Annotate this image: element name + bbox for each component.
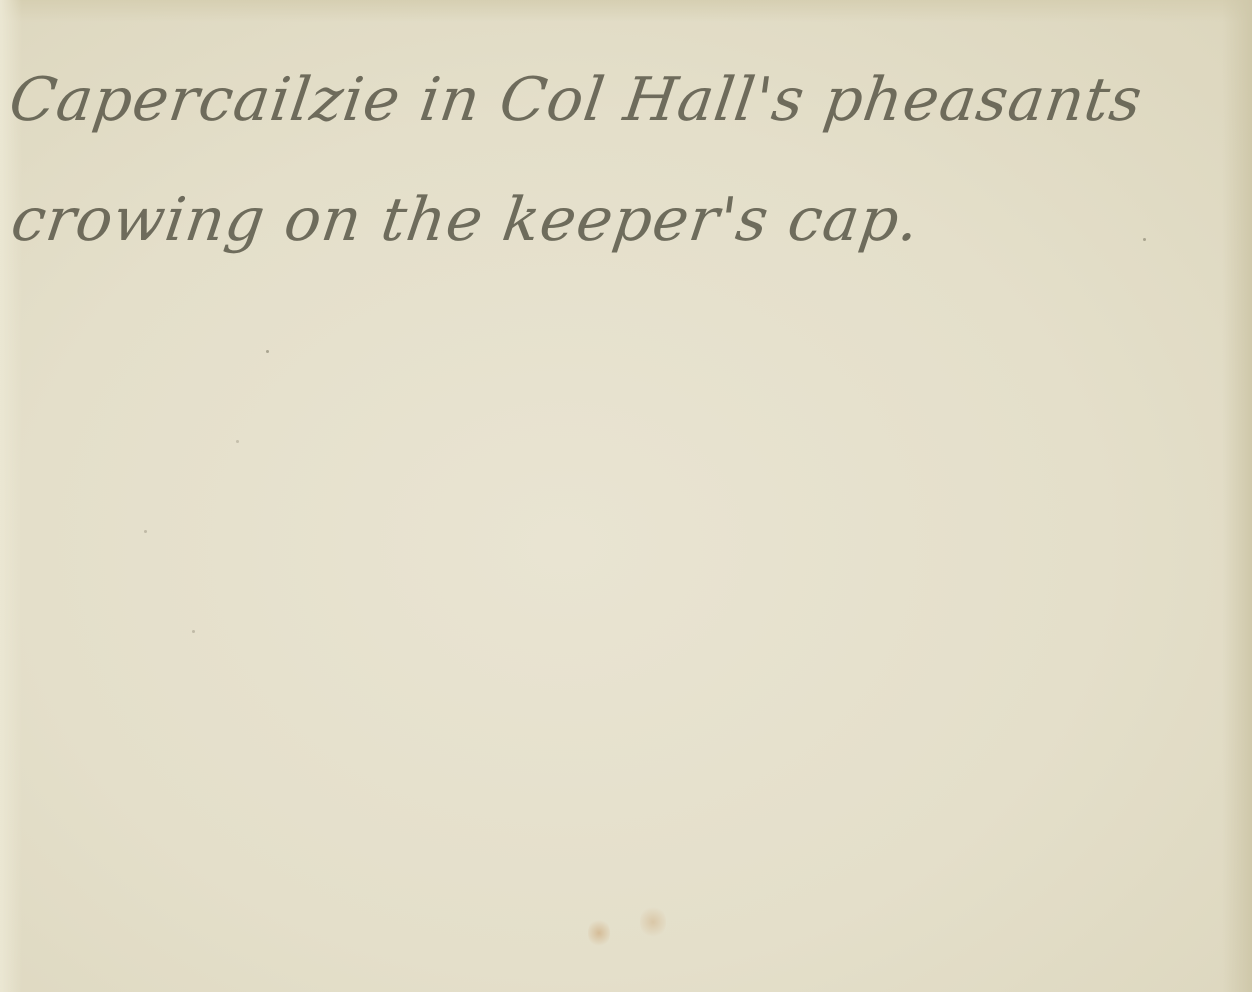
page-top-edge: [0, 0, 1252, 22]
foxing-stain: [588, 918, 610, 948]
inscription-line-2: crowing on the keeper's cap.: [8, 190, 924, 250]
page-left-edge: [0, 0, 22, 992]
paper-speck: [266, 350, 269, 353]
album-page: Capercailzie in Col Hall's pheasants cro…: [0, 0, 1252, 992]
page-right-edge: [1222, 0, 1252, 992]
foxing-stain: [640, 905, 666, 939]
paper-speck: [236, 440, 239, 443]
paper-speck: [144, 530, 147, 533]
paper-speck: [1143, 238, 1146, 241]
inscription-line-1: Capercailzie in Col Hall's pheasants: [6, 70, 1146, 130]
paper-speck: [192, 630, 195, 633]
